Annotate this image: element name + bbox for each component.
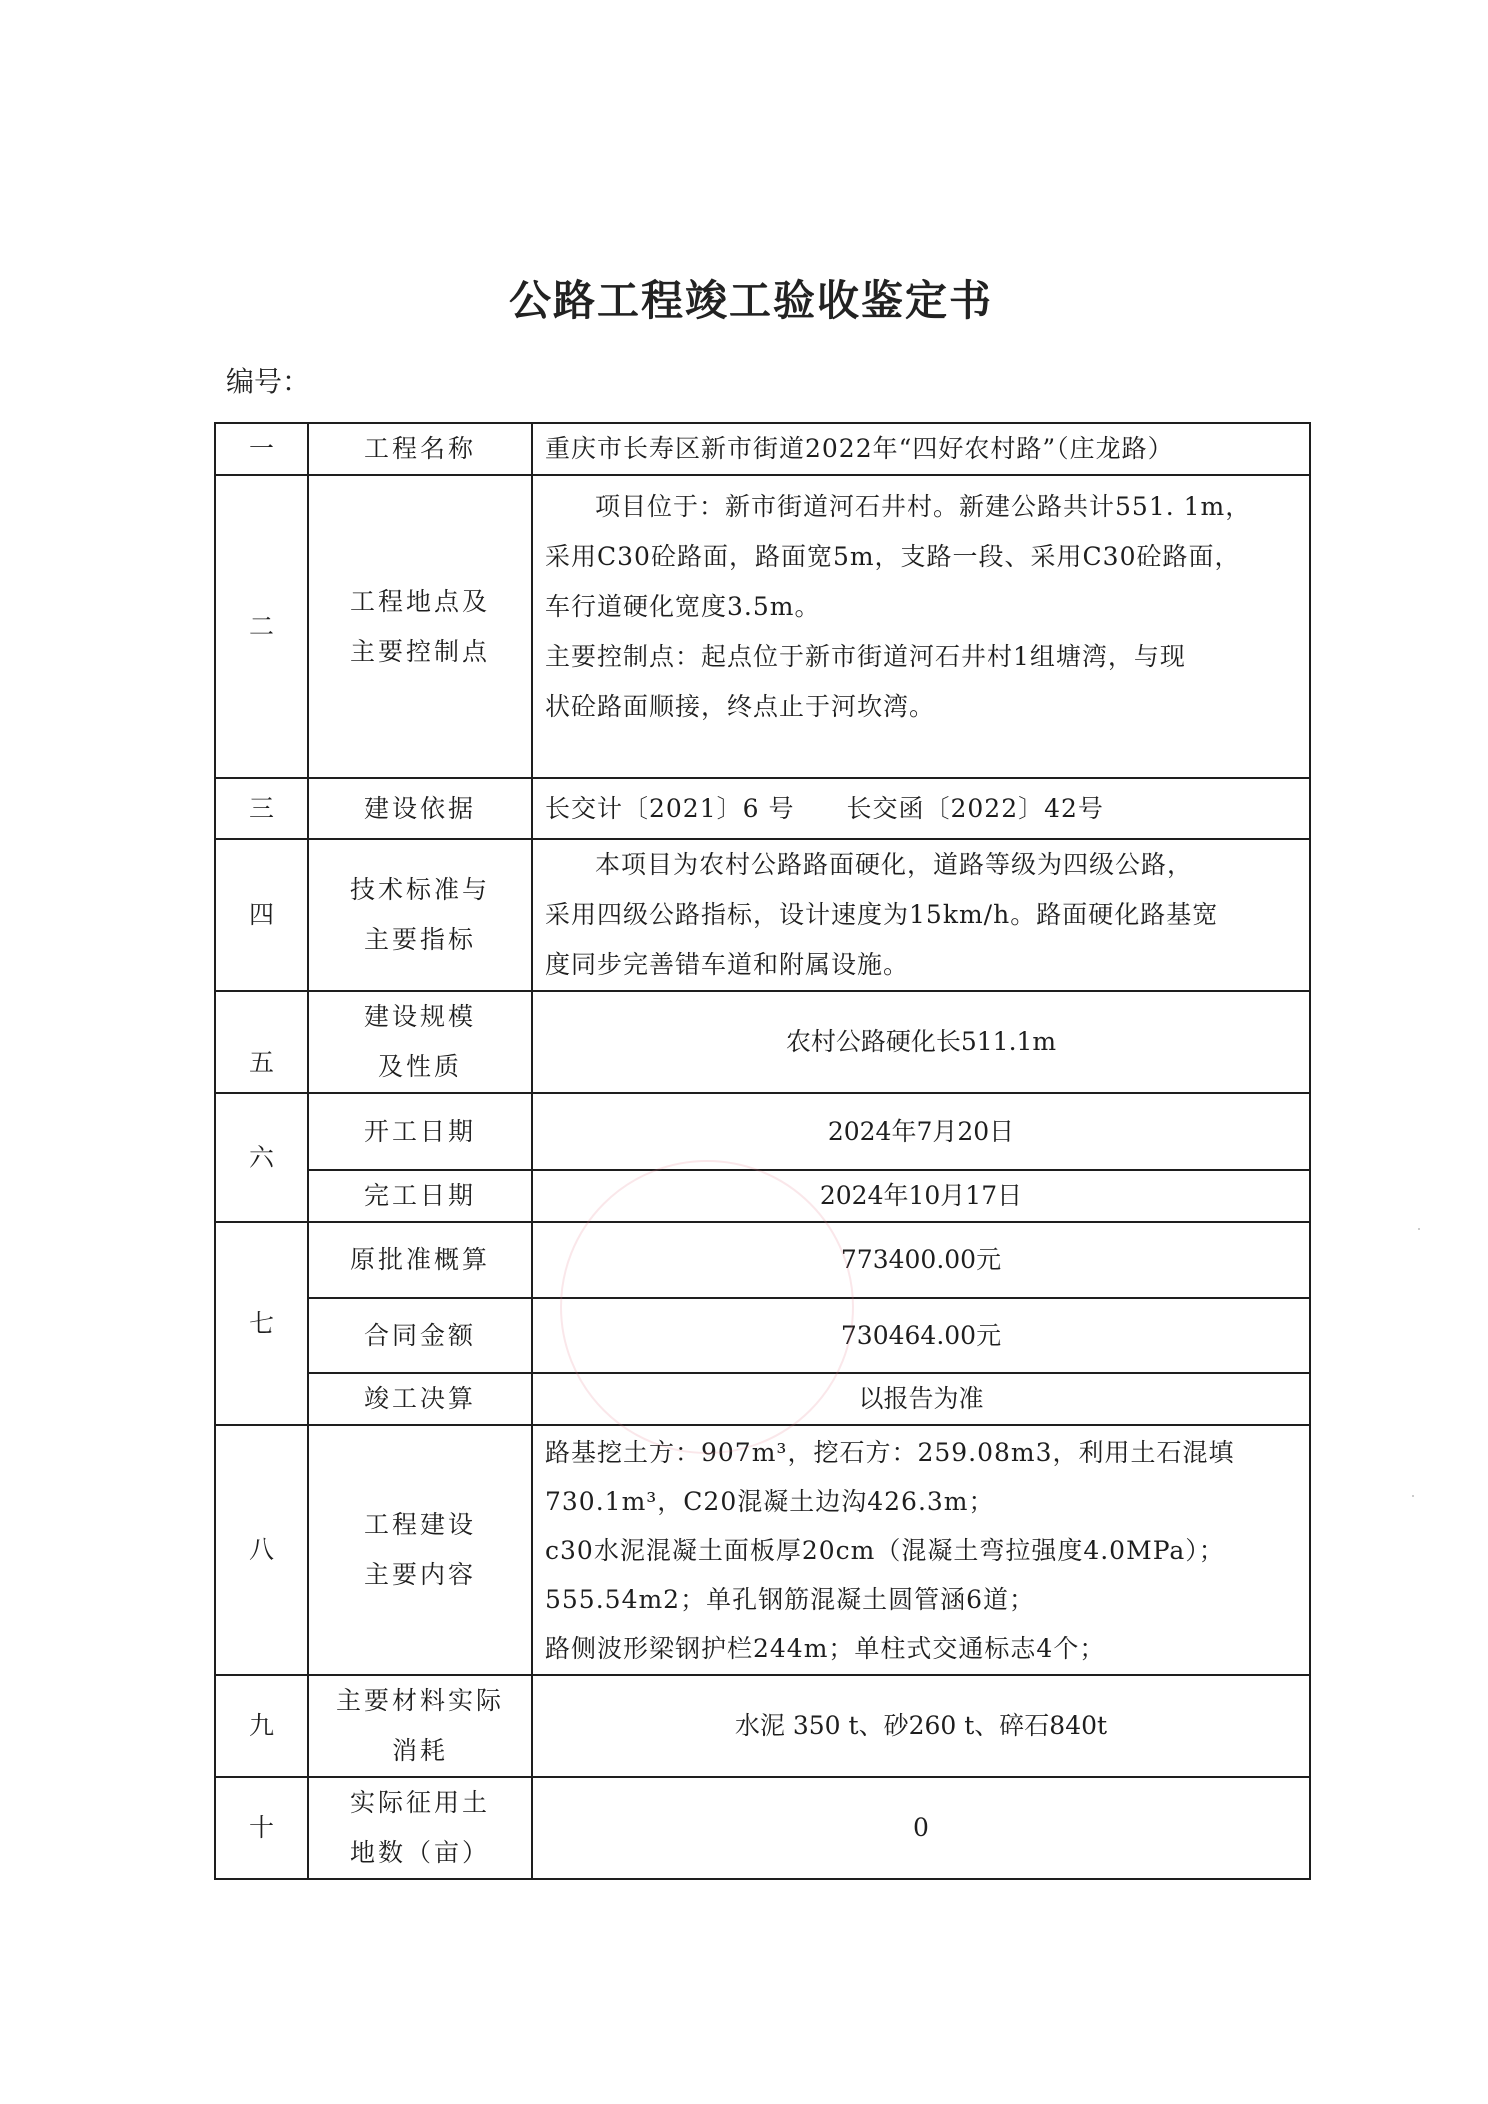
budget-value: 773400.00元 (532, 1222, 1310, 1298)
row-number: 三 (215, 778, 308, 839)
scale-value: 农村公路硬化长511.1m (532, 991, 1310, 1093)
row-number: 九 (215, 1675, 308, 1777)
standards-value: 本项目为农村公路路面硬化，道路等级为四级公路， 采用四级公路指标，设计速度为15… (532, 839, 1310, 991)
row-number: 七 (215, 1222, 308, 1425)
row-label: 主要材料实际 消耗 (308, 1675, 532, 1777)
row-label: 合同金额 (308, 1298, 532, 1373)
scan-speck (1418, 1228, 1420, 1230)
label-line: 建设规模 (309, 992, 531, 1042)
row-label: 工程地点及 主要控制点 (308, 475, 532, 778)
value-line: 采用C30砼路面，路面宽5m，支路一段、采用C30砼路面， (545, 532, 1301, 582)
row-number: 八 (215, 1425, 308, 1675)
value-line: 730.1m³，C20混凝土边沟426.3m； (545, 1477, 1301, 1526)
main-works-value: 路基挖土方：907m³，挖石方：259.08m3，利用土石混填 730.1m³，… (532, 1425, 1310, 1675)
table-row-contract-amount: 合同金额 730464.00元 (215, 1298, 1310, 1373)
value-line: 555.54m2；单孔钢筋混凝土圆管涵6道； (545, 1575, 1301, 1624)
row-label: 工程名称 (308, 423, 532, 475)
final-accounts-value: 以报告为准 (532, 1373, 1310, 1425)
label-line: 技术标准与 (309, 865, 531, 915)
value-line: 本项目为农村公路路面硬化，道路等级为四级公路， (545, 840, 1301, 890)
label-line: 实际征用土 (309, 1778, 531, 1828)
row-number: 一 (215, 423, 308, 475)
table-row-materials: 九 主要材料实际 消耗 水泥 350 t、砂260 t、碎石840t (215, 1675, 1310, 1777)
end-date-value: 2024年10月17日 (532, 1170, 1310, 1222)
label-line: 主要控制点 (309, 627, 531, 677)
table-row-main-works: 八 工程建设 主要内容 路基挖土方：907m³，挖石方：259.08m3，利用土… (215, 1425, 1310, 1675)
label-line: 工程地点及 (309, 577, 531, 627)
table-row-location: 二 工程地点及 主要控制点 项目位于：新市街道河石井村。新建公路共计551. 1… (215, 475, 1310, 778)
table-row-scale: 五 建设规模 及性质 农村公路硬化长511.1m (215, 991, 1310, 1093)
location-value: 项目位于：新市街道河石井村。新建公路共计551. 1m， 采用C30砼路面，路面… (532, 475, 1310, 778)
row-label: 工程建设 主要内容 (308, 1425, 532, 1675)
table-row-budget: 七 原批准概算 773400.00元 (215, 1222, 1310, 1298)
table-row-land-use: 十 实际征用土 地数（亩） 0 (215, 1777, 1310, 1879)
acceptance-table: 一 工程名称 重庆市长寿区新市街道2022年“四好农村路”（庄龙路） 二 工程地… (214, 422, 1311, 1880)
row-label: 技术标准与 主要指标 (308, 839, 532, 991)
basis-value: 长交计〔2021〕6 号 长交函〔2022〕42号 (532, 778, 1310, 839)
table-row-project-name: 一 工程名称 重庆市长寿区新市街道2022年“四好农村路”（庄龙路） (215, 423, 1310, 475)
value-line: 采用四级公路指标，设计速度为15km/h。路面硬化路基宽 (545, 890, 1301, 940)
row-label: 原批准概算 (308, 1222, 532, 1298)
scan-speck (1412, 1495, 1414, 1497)
label-line: 主要材料实际 (309, 1676, 531, 1726)
value-line: c30水泥混凝土面板厚20cm（混凝土弯拉强度4.0MPa）； (545, 1526, 1301, 1575)
label-line: 消耗 (309, 1726, 531, 1776)
label-line: 地数（亩） (309, 1828, 531, 1878)
row-label: 完工日期 (308, 1170, 532, 1222)
row-label: 建设规模 及性质 (308, 991, 532, 1093)
table-row-start-date: 六 开工日期 2024年7月20日 (215, 1093, 1310, 1170)
row-number: 四 (215, 839, 308, 991)
table-row-standards: 四 技术标准与 主要指标 本项目为农村公路路面硬化，道路等级为四级公路， 采用四… (215, 839, 1310, 991)
value-line: 度同步完善错车道和附属设施。 (545, 940, 1301, 990)
project-name-value: 重庆市长寿区新市街道2022年“四好农村路”（庄龙路） (532, 423, 1310, 475)
document-title: 公路工程竣工验收鉴定书 (0, 268, 1488, 328)
start-date-value: 2024年7月20日 (532, 1093, 1310, 1170)
table-row-end-date: 完工日期 2024年10月17日 (215, 1170, 1310, 1222)
label-line: 及性质 (309, 1042, 531, 1092)
row-label: 竣工决算 (308, 1373, 532, 1425)
table-row-basis: 三 建设依据 长交计〔2021〕6 号 长交函〔2022〕42号 (215, 778, 1310, 839)
table-row-final-accounts: 竣工决算 以报告为准 (215, 1373, 1310, 1425)
row-label: 建设依据 (308, 778, 532, 839)
row-number: 十 (215, 1777, 308, 1879)
value-line: 状砼路面顺接，终点止于河坎湾。 (545, 682, 1301, 732)
label-line: 主要内容 (309, 1550, 531, 1600)
row-number: 五 (215, 991, 308, 1093)
label-line: 工程建设 (309, 1500, 531, 1550)
value-line: 项目位于：新市街道河石井村。新建公路共计551. 1m， (545, 482, 1301, 532)
label-line: 主要指标 (309, 915, 531, 965)
row-label: 实际征用土 地数（亩） (308, 1777, 532, 1879)
value-line: 路基挖土方：907m³，挖石方：259.08m3，利用土石混填 (545, 1428, 1301, 1477)
land-use-value: 0 (532, 1777, 1310, 1879)
value-line: 车行道硬化宽度3.5m。 (545, 582, 1301, 632)
value-line: 主要控制点：起点位于新市街道河石井村1组塘湾，与现 (545, 632, 1301, 682)
row-label: 开工日期 (308, 1093, 532, 1170)
row-number: 六 (215, 1093, 308, 1222)
materials-value: 水泥 350 t、砂260 t、碎石840t (532, 1675, 1310, 1777)
value-line: 路侧波形梁钢护栏244m；单柱式交通标志4个； (545, 1624, 1301, 1673)
serial-number-label: 编号： (226, 360, 310, 400)
row-number: 二 (215, 475, 308, 778)
contract-amount-value: 730464.00元 (532, 1298, 1310, 1373)
